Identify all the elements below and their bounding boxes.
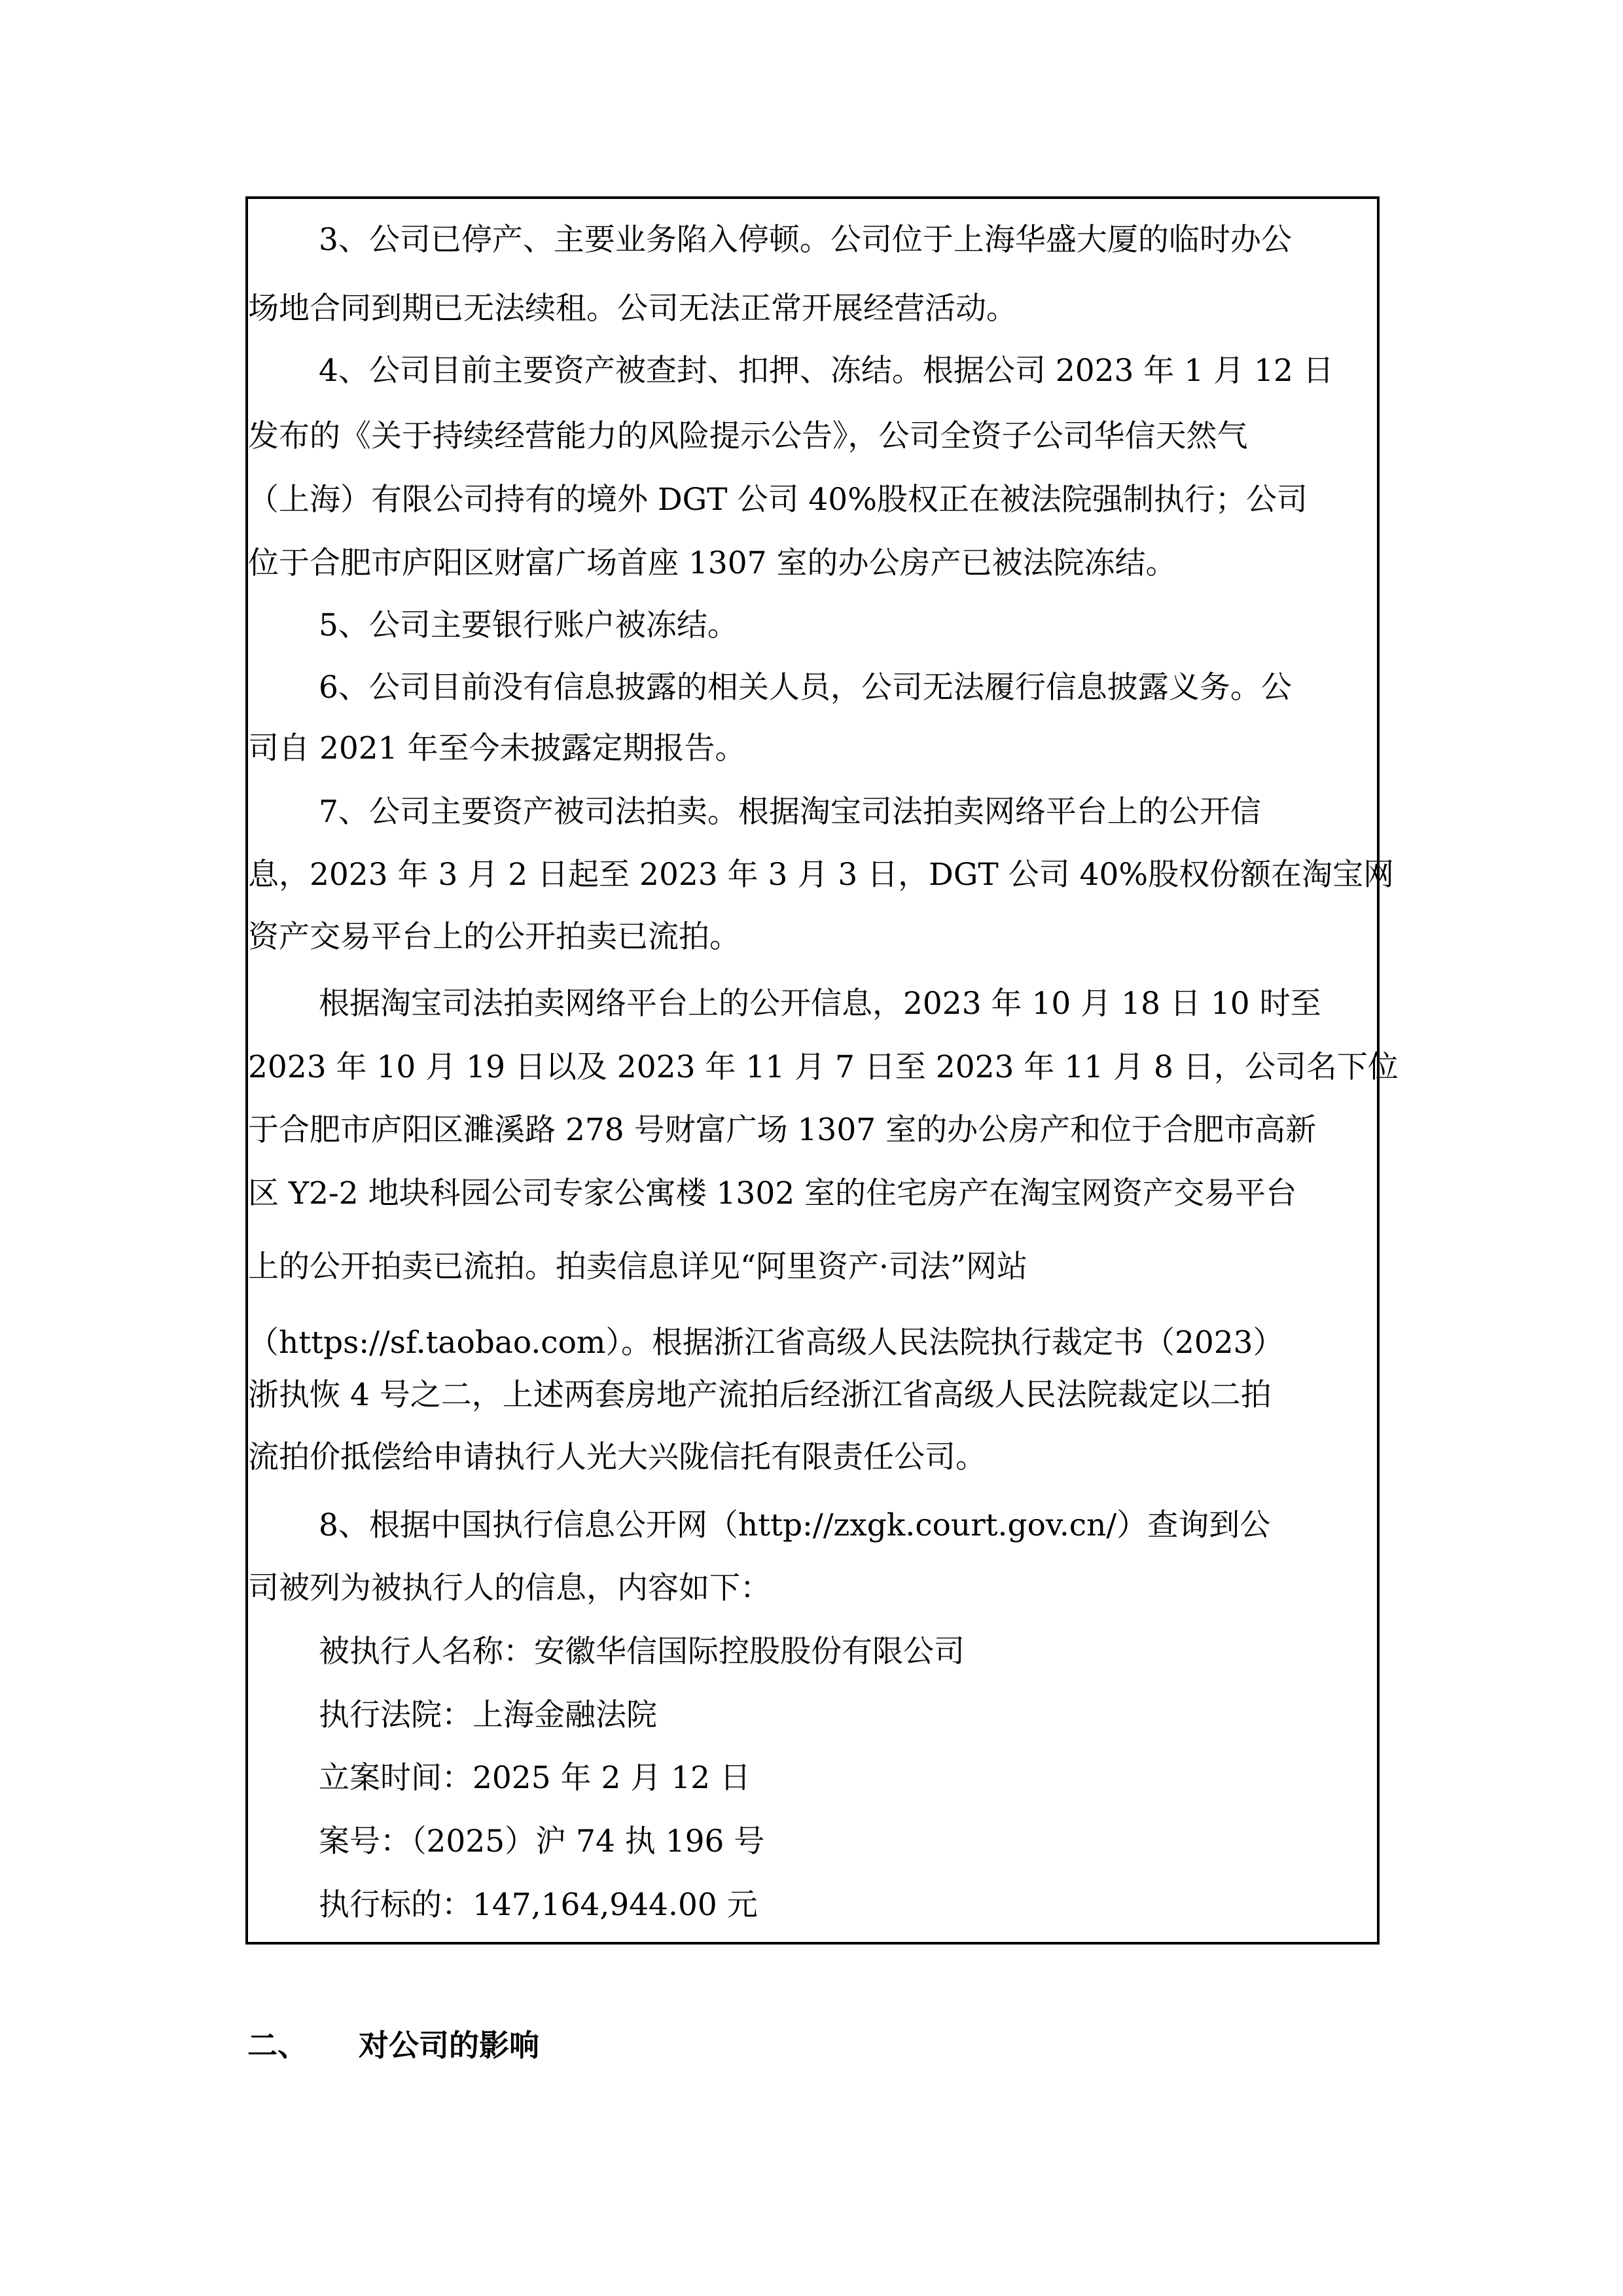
paragraph-line: 发布的《关于持续经营能力的风险提示公告》，公司全资子公司华信天然气 — [248, 417, 1248, 456]
paragraph-line: 息，2023 年 3 月 2 日起至 2023 年 3 月 3 日，DGT 公司… — [248, 855, 1394, 895]
paragraph-line: 7、公司主要资产被司法拍卖。根据淘宝司法拍卖网络平台上的公开信 — [248, 793, 1261, 832]
executed-party-name: 被执行人名称：安徽华信国际控股股份有限公司 — [248, 1632, 965, 1672]
paragraph-line: 5、公司主要银行账户被冻结。 — [248, 606, 738, 645]
paragraph-line: （上海）有限公司持有的境外 DGT 公司 40%股权正在被法院强制执行；公司 — [248, 480, 1308, 520]
paragraph-line: 流拍价抵偿给申请执行人光大兴陇信托有限责任公司。 — [248, 1438, 986, 1477]
section-number: 二、 — [247, 2026, 359, 2065]
paragraph-line: 8、根据中国执行信息公开网（http://zxgk.court.gov.cn/）… — [248, 1506, 1270, 1545]
case-number: 案号：（2025）沪 74 执 196 号 — [248, 1822, 764, 1861]
paragraph-line: 3、公司已停产、主要业务陷入停顿。公司位于上海华盛大厦的临时办公 — [248, 221, 1292, 260]
paragraph-line: 浙执恢 4 号之二，上述两套房地产流拍后经浙江省高级人民法院裁定以二拍 — [248, 1376, 1272, 1415]
paragraph-line: 2023 年 10 月 19 日以及 2023 年 11 月 7 日至 2023… — [248, 1048, 1399, 1087]
execution-amount: 执行标的：147,164,944.00 元 — [248, 1886, 758, 1925]
section-title: 对公司的影响 — [359, 2028, 539, 2063]
paragraph-line: 4、公司目前主要资产被查封、扣押、冻结。根据公司 2023 年 1 月 12 日 — [248, 351, 1334, 391]
content-box: 3、公司已停产、主要业务陷入停顿。公司位于上海华盛大厦的临时办公 场地合同到期已… — [245, 196, 1380, 1945]
executing-court: 执行法院：上海金融法院 — [248, 1696, 657, 1735]
section-heading: 二、对公司的影响 — [247, 2026, 539, 2065]
paragraph-line: 根据淘宝司法拍卖网络平台上的公开信息，2023 年 10 月 18 日 10 时… — [248, 984, 1321, 1024]
paragraph-line: 6、公司目前没有信息披露的相关人员，公司无法履行信息披露义务。公 — [248, 668, 1292, 708]
paragraph-line: 上的公开拍卖已流拍。拍卖信息详见“阿里资产·司法”网站 — [248, 1247, 1027, 1287]
paragraph-line: 司被列为被执行人的信息，内容如下： — [248, 1569, 771, 1608]
paragraph-line: 司自 2021 年至今未披露定期报告。 — [248, 729, 746, 768]
paragraph-line: 位于合肥市庐阳区财富广场首座 1307 室的办公房产已被法院冻结。 — [248, 544, 1177, 583]
paragraph-line: 于合肥市庐阳区濉溪路 278 号财富广场 1307 室的办公房产和位于合肥市高新 — [248, 1111, 1316, 1150]
filing-date: 立案时间：2025 年 2 月 12 日 — [248, 1759, 751, 1798]
paragraph-line: 资产交易平台上的公开拍卖已流拍。 — [248, 918, 740, 957]
paragraph-line: （https://sf.taobao.com）。根据浙江省高级人民法院执行裁定书… — [248, 1323, 1284, 1363]
paragraph-line: 场地合同到期已无法续租。公司无法正常开展经营活动。 — [248, 289, 1017, 329]
paragraph-line: 区 Y2-2 地块科园公司专家公寓楼 1302 室的住宅房产在淘宝网资产交易平台 — [248, 1174, 1296, 1213]
